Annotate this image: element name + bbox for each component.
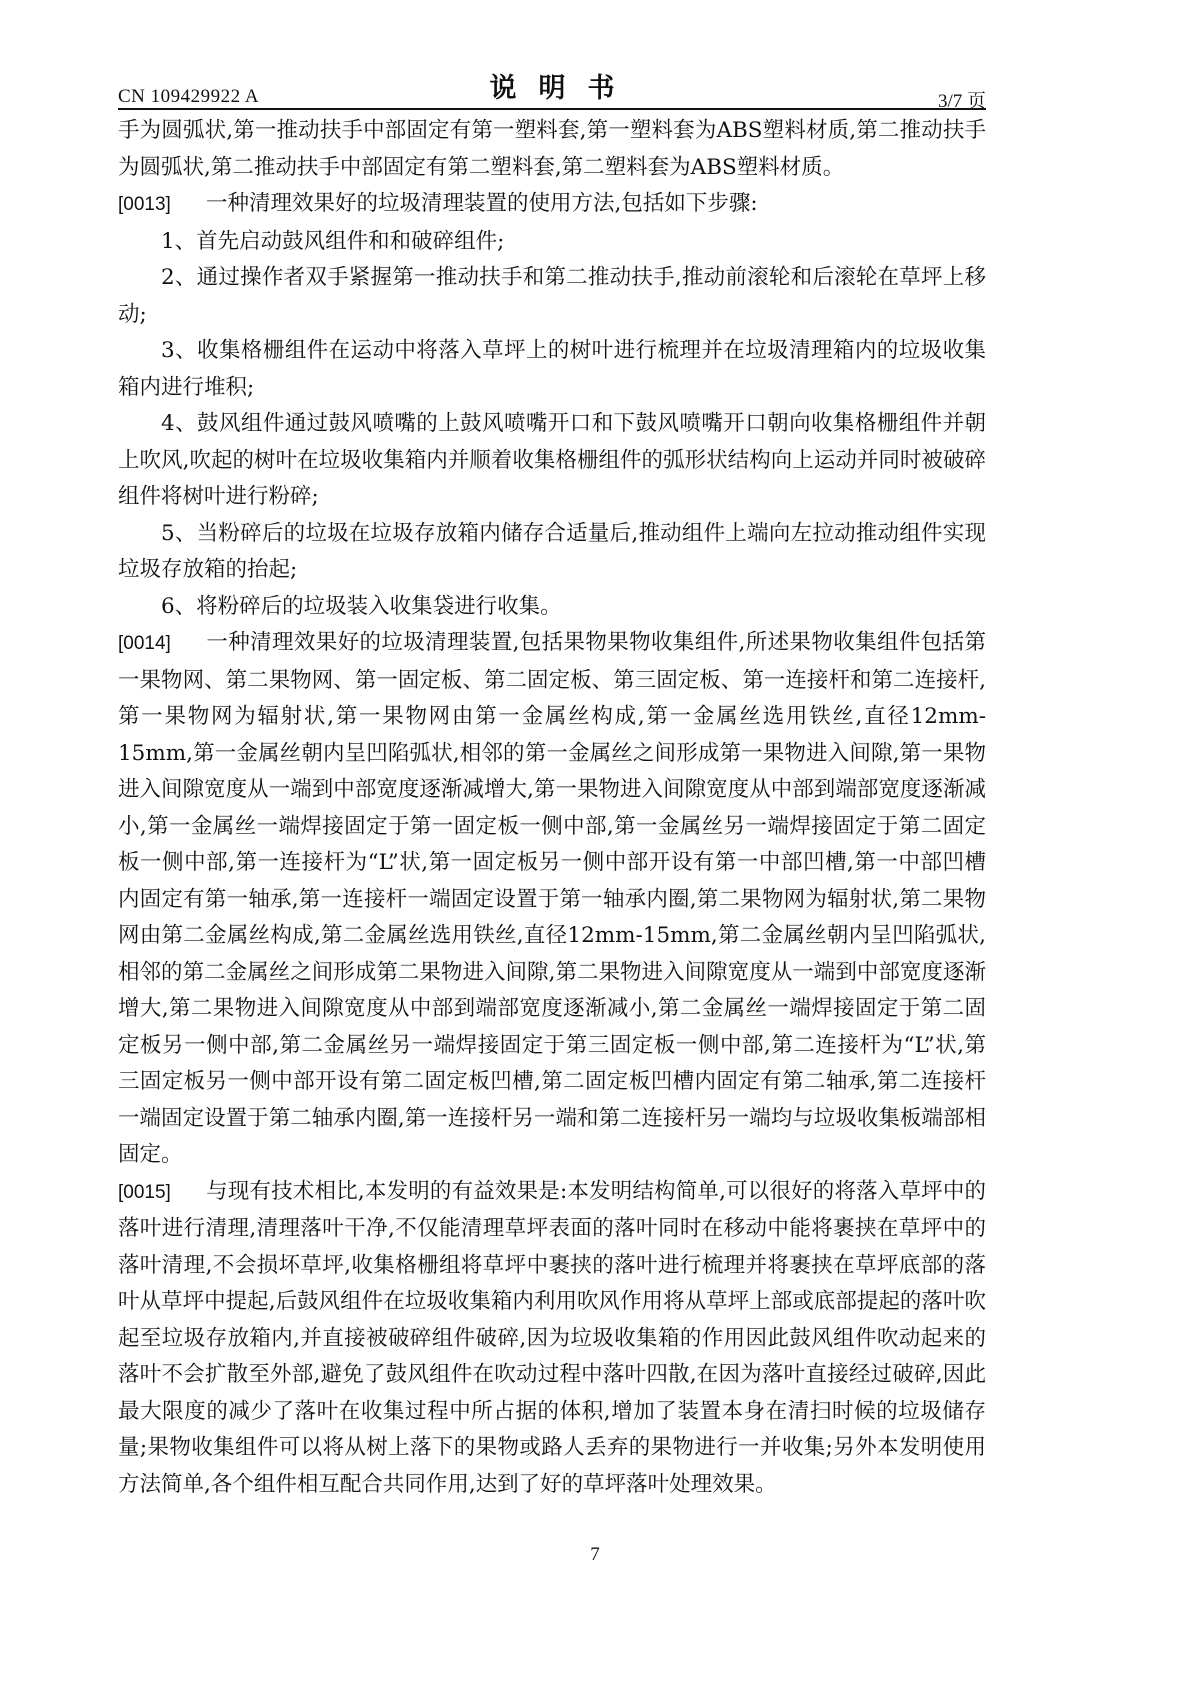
document-title: 说明书 bbox=[118, 66, 986, 105]
step-item: 5、当粉碎后的垃圾在垃圾存放箱内储存合适量后,推动组件上端向左拉动推动组件实现垃… bbox=[118, 516, 986, 589]
step-item: 6、将粉碎后的垃圾装入收集袋进行收集。 bbox=[118, 589, 986, 626]
step-item: 1、首先启动鼓风组件和和破碎组件; bbox=[118, 224, 986, 261]
step-item: 2、通过操作者双手紧握第一推动扶手和第二推动扶手,推动前滚轮和后滚轮在草坪上移动… bbox=[118, 260, 986, 333]
paragraph-text: 与现有技术相比,本发明的有益效果是:本发明结构简单,可以很好的将落入草坪中的落叶… bbox=[118, 1179, 986, 1497]
paragraph-number: [0014] bbox=[118, 626, 206, 663]
step-item: 3、收集格栅组件在运动中将落入草坪上的树叶进行梳理并在垃圾清理箱内的垃圾收集箱内… bbox=[118, 333, 986, 406]
document-body: 手为圆弧状,第一推动扶手中部固定有第一塑料套,第一塑料套为ABS塑料材质,第二推… bbox=[118, 113, 986, 1503]
paragraph-0013: [0013]一种清理效果好的垃圾清理装置的使用方法,包括如下步骤: bbox=[118, 186, 986, 224]
paragraph-0015: [0015]与现有技术相比,本发明的有益效果是:本发明结构简单,可以很好的将落入… bbox=[118, 1174, 986, 1504]
paragraph-number: [0013] bbox=[118, 187, 206, 224]
paragraph-number: [0015] bbox=[118, 1175, 206, 1212]
header-rule bbox=[118, 108, 986, 110]
paragraph-0014: [0014]一种清理效果好的垃圾清理装置,包括果物果物收集组件,所述果物收集组件… bbox=[118, 625, 986, 1174]
step-item: 4、鼓风组件通过鼓风喷嘴的上鼓风喷嘴开口和下鼓风喷嘴开口朝向收集格栅组件并朝上吹… bbox=[118, 406, 986, 516]
paragraph-text: 一种清理效果好的垃圾清理装置的使用方法,包括如下步骤: bbox=[206, 191, 758, 216]
continuation-text: 手为圆弧状,第一推动扶手中部固定有第一塑料套,第一塑料套为ABS塑料材质,第二推… bbox=[118, 113, 986, 186]
page-number: 7 bbox=[0, 1544, 1190, 1566]
paragraph-text: 一种清理效果好的垃圾清理装置,包括果物果物收集组件,所述果物收集组件包括第一果物… bbox=[118, 630, 986, 1167]
page-header: CN 109429922 A 说明书 3/7 页 bbox=[118, 62, 986, 110]
